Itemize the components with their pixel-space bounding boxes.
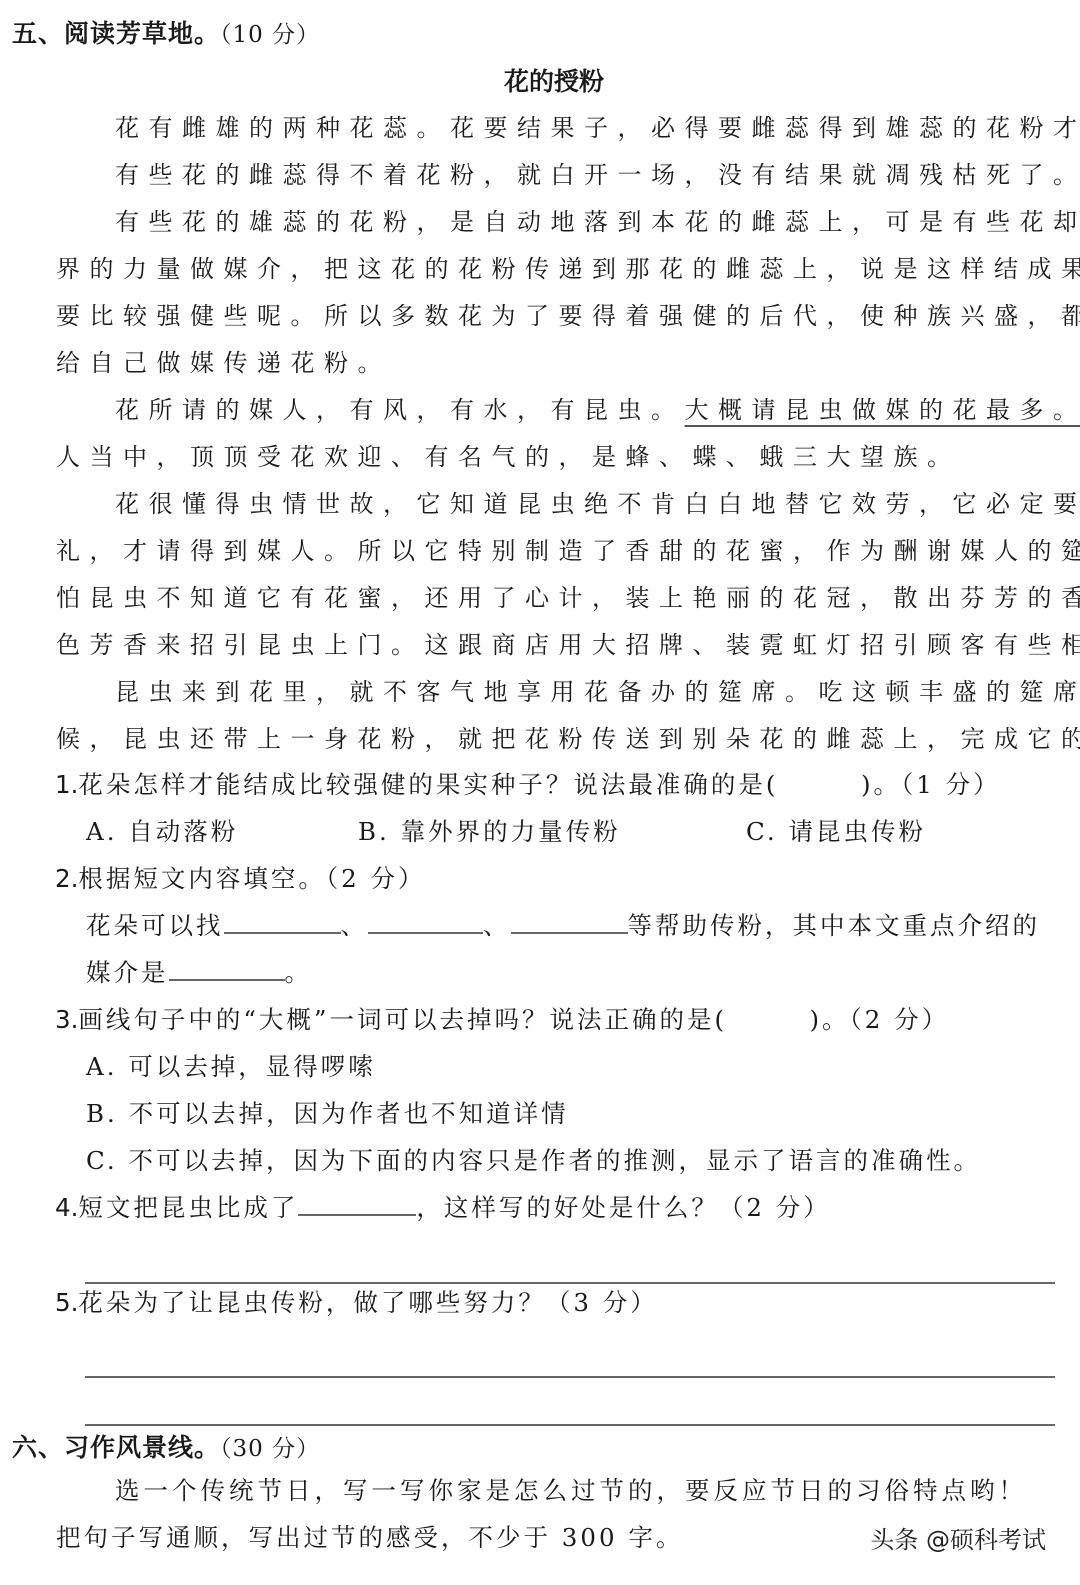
passage-line: 怕昆虫不知道它有花蜜，还用了心计，装上艳丽的花冠，散出芬芳的香气，利用美: [56, 578, 1080, 613]
fill-suffix: 。: [285, 958, 313, 987]
fill-suffix: 等帮助传粉，其中本文重点介绍的: [628, 911, 1041, 940]
watermark: 头条 @硕科考试: [870, 1520, 1046, 1555]
question-number: 4.: [55, 1193, 78, 1222]
passage-line: 花所请的媒人，有风，有水，有昆虫。大概请昆虫做媒的花最多。在昆虫媒: [115, 390, 1080, 425]
question-5: 5.花朵为了让昆虫传粉，做了哪些努力？（3 分）: [55, 1284, 658, 1319]
passage-line: 有些花的雄蕊的花粉，是自动地落到本花的雌蕊上，可是有些花却要靠外: [115, 202, 1080, 237]
question-text: 短文把昆虫比成了: [78, 1193, 298, 1222]
section-5-heading: 五、阅读芳草地。（10 分）: [12, 14, 320, 50]
fill-blank-3[interactable]: [511, 912, 628, 934]
question-3: 3.画线句子中的“大概”一词可以去掉吗？说法正确的是( )。（2 分）: [55, 1001, 949, 1036]
passage-line: 人当中，顶顶受花欢迎、有名气的，是蜂、蝶、蛾三大望族。: [56, 437, 961, 472]
section-5-title: 五、阅读芳草地。: [12, 19, 220, 48]
q3-option-c[interactable]: C. 不可以去掉，因为下面的内容只是作者的推测，显示了语言的准确性。: [86, 1142, 981, 1177]
section-6-heading: 六、习作风景线。（30 分）: [12, 1428, 320, 1464]
q1-option-b[interactable]: B. 靠外界的力量传粉: [358, 813, 621, 848]
passage-line: 礼，才请得到媒人。所以它特别制造了香甜的花蜜，作为酬谢媒人的筵席。花恐: [56, 531, 1080, 566]
question-number: 1.: [55, 770, 78, 799]
fill-blank-4[interactable]: [169, 959, 285, 981]
question-text: 画线句子中的“大概”一词可以去掉吗？说法正确的是( )。（2 分）: [78, 1005, 949, 1034]
question-text: 花朵为了让昆虫传粉，做了哪些努力？（3 分）: [78, 1288, 657, 1317]
writing-prompt-line: 把句子写通顺，写出过节的感受，不少于 300 字。: [56, 1519, 683, 1554]
question-number: 3.: [55, 1005, 78, 1034]
passage-line: 要比较强健些呢。所以多数花为了要得着强健的后代，使种族兴盛，都找媒人: [56, 296, 1080, 331]
passage-line: 有些花的雌蕊得不着花粉，就白开一场，没有结果就凋残枯死了。: [115, 155, 1080, 190]
passage-title: 花的授粉: [0, 62, 1080, 98]
question-text: 根据短文内容填空。（2 分）: [78, 864, 425, 893]
q3-option-a[interactable]: A. 可以去掉，显得啰嗦: [86, 1048, 376, 1083]
question-2: 2.根据短文内容填空。（2 分）: [55, 860, 426, 895]
q5-answer-line-2[interactable]: [85, 1424, 1055, 1426]
passage-line-text: 花所请的媒人，有风，有水，有昆虫。: [115, 396, 685, 424]
fill-blank-1[interactable]: [224, 912, 341, 934]
question-1: 1.花朵怎样才能结成比较强健的果实种子？说法最准确的是( )。（1 分）: [55, 766, 1001, 801]
fill-blank-2[interactable]: [368, 912, 483, 934]
passage-line: 候，昆虫还带上一身花粉，就把花粉传送到别朵花的雌蕊上，完成它的使命。: [56, 719, 1080, 754]
passage-line: 昆虫来到花里，就不客气地享用花备办的筵席。吃这顿丰盛的筵席的时: [115, 672, 1080, 707]
question-4: 4.短文把昆虫比成了，这样写的好处是什么？（2 分）: [55, 1189, 831, 1224]
q1-option-a[interactable]: A. 自动落粉: [86, 813, 238, 848]
question-number: 2.: [55, 864, 78, 893]
passage-line: 色芳香来招引昆虫上门。这跟商店用大招牌、装霓虹灯招引顾客有些相像。: [56, 625, 1080, 660]
passage-line: 界的力量做媒介，把这花的花粉传递到那花的雌蕊上，说是这样结成果实种子，: [56, 249, 1080, 284]
section-5-points: （10 分）: [220, 22, 320, 48]
q1-option-c[interactable]: C. 请昆虫传粉: [746, 813, 926, 848]
q2-fill-line-2: 媒介是。: [86, 954, 312, 989]
q2-fill-line-1: 花朵可以找、、等帮助传粉，其中本文重点介绍的: [86, 907, 1040, 942]
writing-prompt-line: 选一个传统节日，写一写你家是怎么过节的，要反应节日的习俗特点哟！: [115, 1472, 1027, 1507]
passage-line: 花有雌雄的两种花蕊。花要结果子，必得要雌蕊得到雄蕊的花粉才行。: [115, 108, 1080, 143]
fill-prefix: 媒介是: [86, 958, 169, 987]
underlined-sentence: 大概请昆虫做媒的花最多。: [685, 396, 1080, 424]
question-text: ，这样写的好处是什么？（2 分）: [416, 1193, 830, 1222]
separator: 、: [341, 911, 369, 940]
section-6-points: （30 分）: [220, 1436, 320, 1462]
passage-line: 给自己做媒传递花粉。: [56, 343, 391, 378]
fill-prefix: 花朵可以找: [86, 911, 224, 940]
question-text: 花朵怎样才能结成比较强健的果实种子？说法最准确的是( )。（1 分）: [78, 770, 1000, 799]
question-number: 5.: [55, 1288, 78, 1317]
q3-option-b[interactable]: B. 不可以去掉，因为作者也不知道详情: [86, 1095, 569, 1130]
q4-fill-blank[interactable]: [298, 1194, 416, 1216]
passage-line: 花很懂得虫情世故，它知道昆虫绝不肯白白地替它效劳，它必定要备一份厚: [115, 484, 1080, 519]
q5-answer-line-1[interactable]: [85, 1376, 1055, 1378]
separator: 、: [483, 911, 511, 940]
section-6-title: 六、习作风景线。: [12, 1433, 220, 1462]
